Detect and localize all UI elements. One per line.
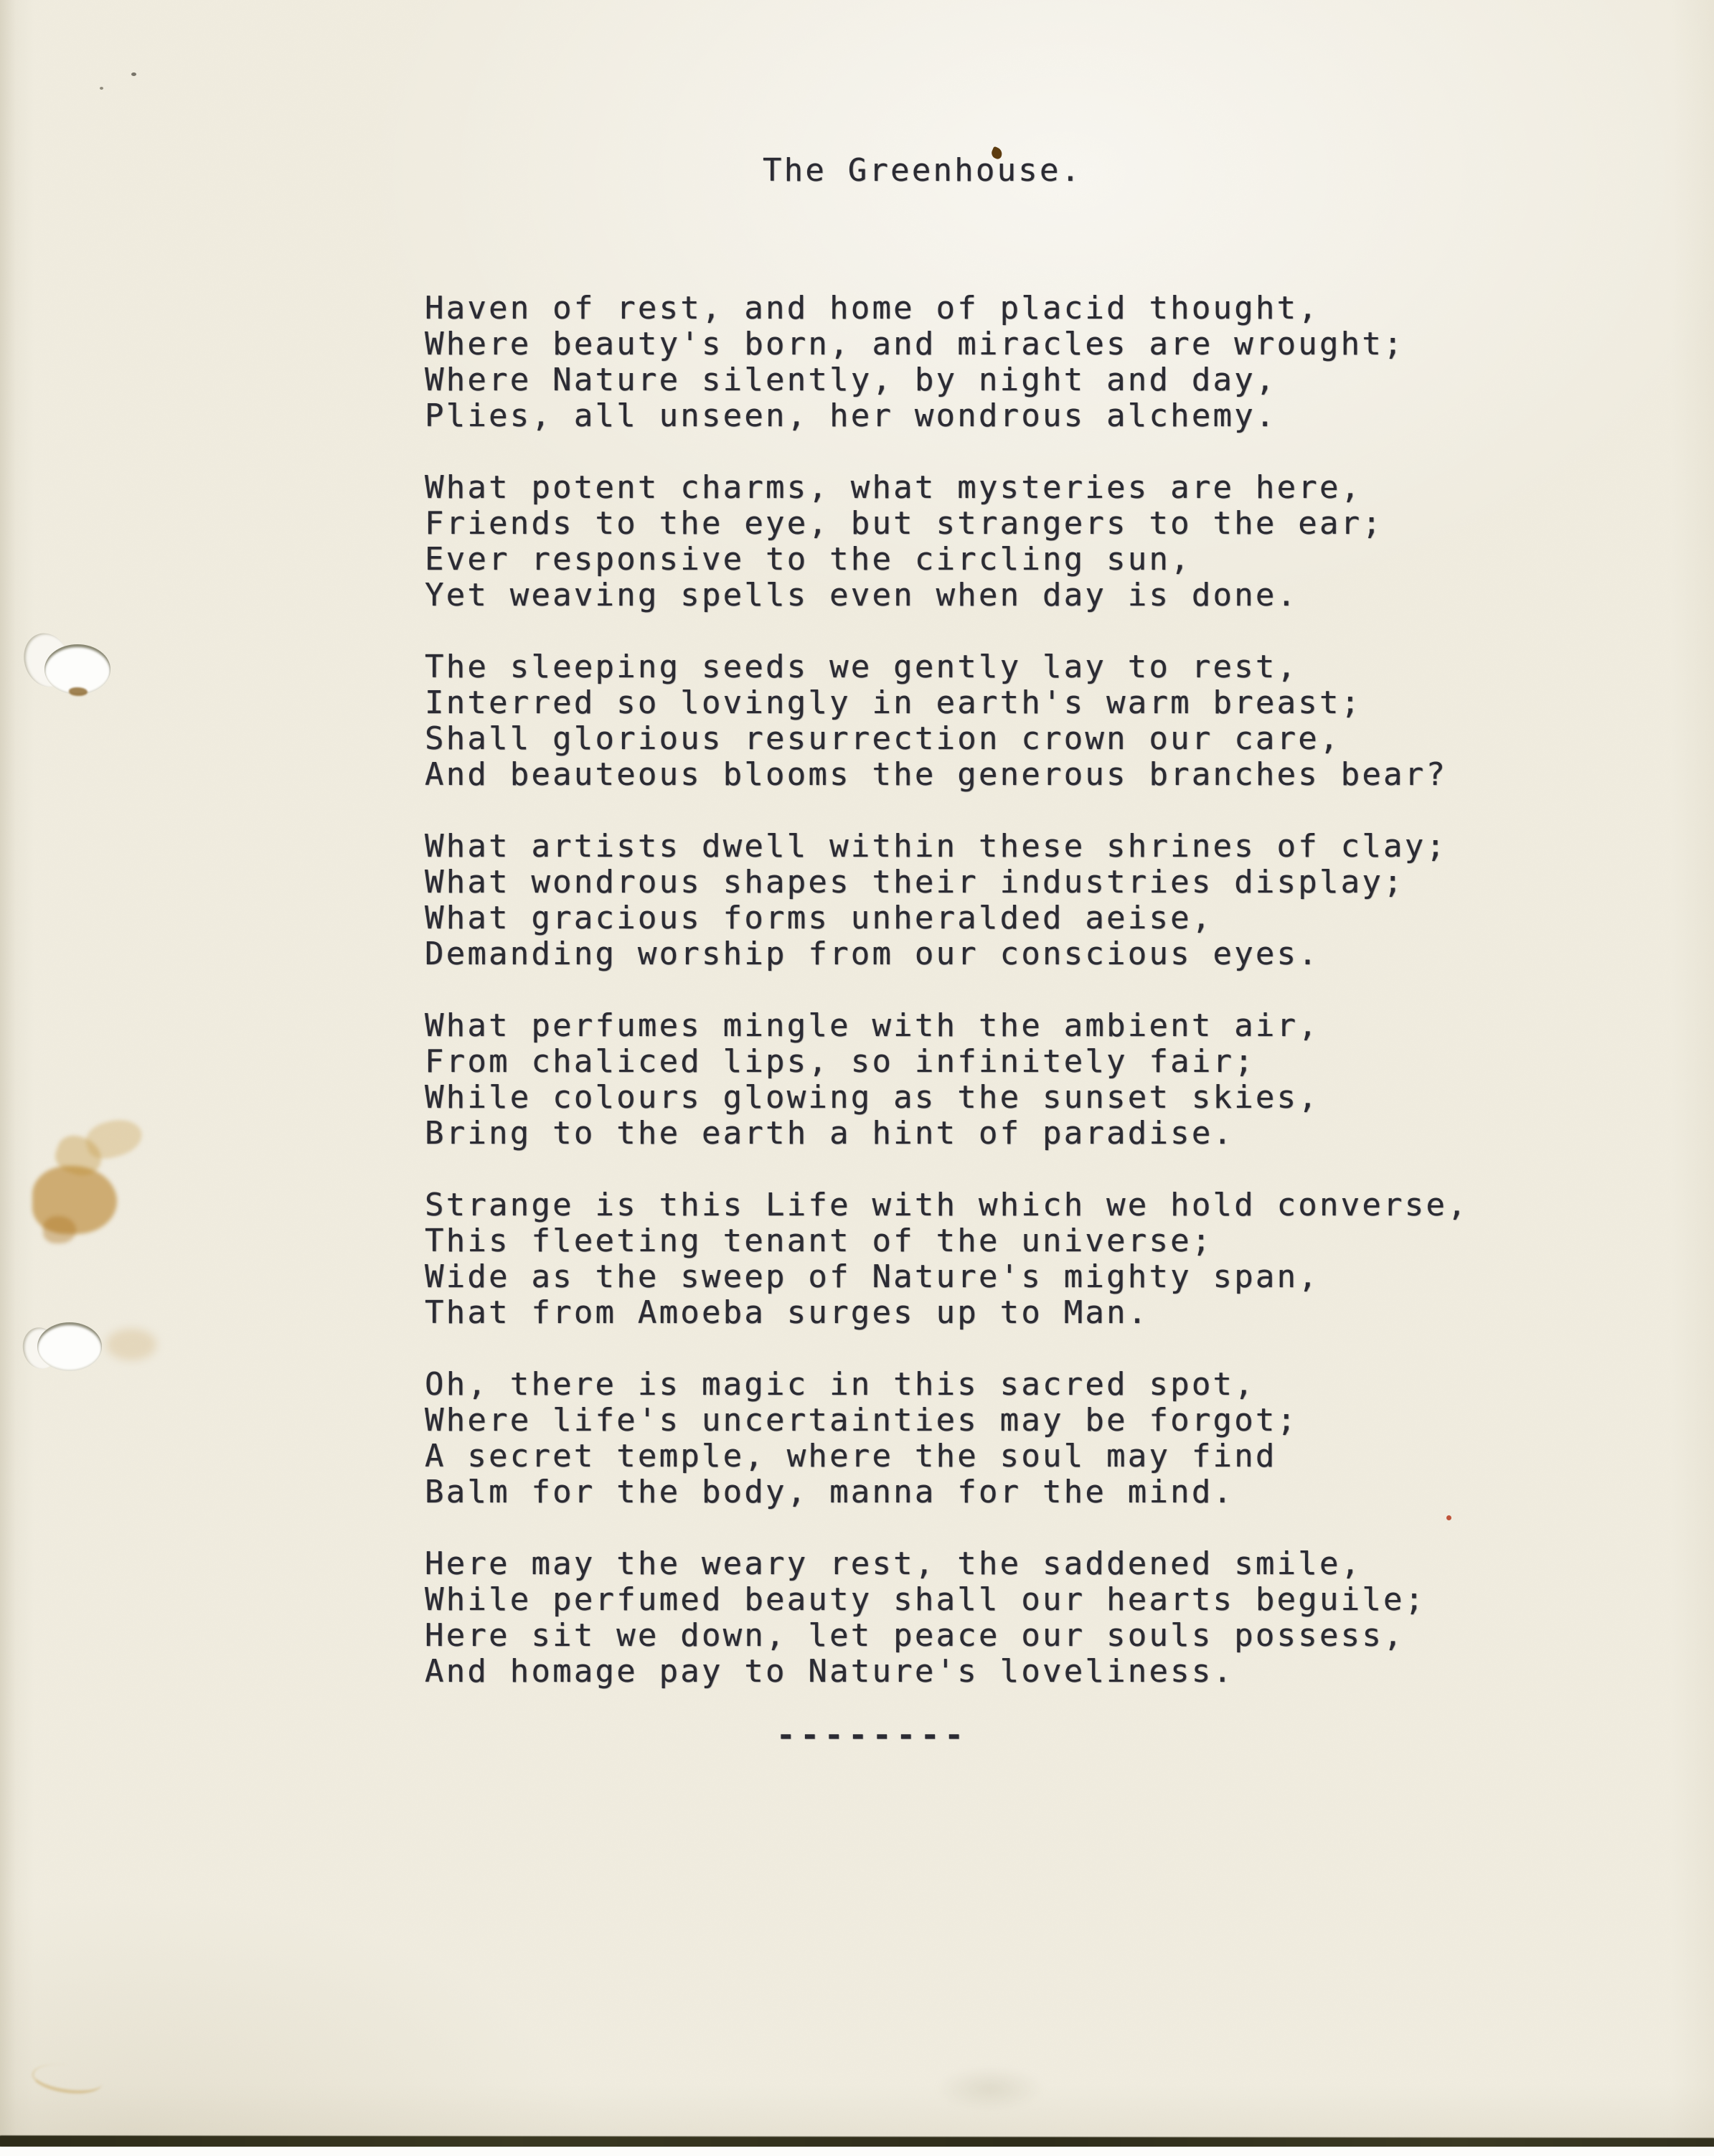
- poem-line: That from Amoeba surges up to Man.: [425, 1295, 1469, 1331]
- poem-line: This fleeting tenant of the universe;: [425, 1223, 1469, 1259]
- poem-line: Shall glorious resurrection crown our ca…: [425, 721, 1469, 757]
- poem-line: Yet weaving spells even when day is done…: [425, 578, 1469, 613]
- stanza: What artists dwell within these shrines …: [425, 829, 1469, 972]
- poem-line: What wondrous shapes their industries di…: [425, 865, 1469, 900]
- poem-line: While perfumed beauty shall our hearts b…: [425, 1582, 1469, 1618]
- poem-line: While colours glowing as the sunset skie…: [425, 1080, 1469, 1116]
- poem-line: Haven of rest, and home of placid though…: [425, 291, 1469, 326]
- stanza: Oh, there is magic in this sacred spot, …: [425, 1367, 1469, 1510]
- stanza: What perfumes mingle with the ambient ai…: [425, 1008, 1469, 1152]
- poem-line: From chaliced lips, so infinitely fair;: [425, 1044, 1469, 1080]
- poem-line: Bring to the earth a hint of paradise.: [425, 1116, 1469, 1152]
- poem-body: Haven of rest, and home of placid though…: [425, 291, 1469, 1726]
- scanner-background: [0, 2147, 1714, 2156]
- paper-sheet: The Greenhouse. Haven of rest, and home …: [0, 0, 1714, 2150]
- poem-line: What perfumes mingle with the ambient ai…: [425, 1008, 1469, 1044]
- punch-hole: [37, 1322, 102, 1371]
- poem-line: Interred so lovingly in earth's warm bre…: [425, 685, 1469, 721]
- poem-line: What artists dwell within these shrines …: [425, 829, 1469, 865]
- poem-line: Where life's uncertainties may be forgot…: [425, 1403, 1469, 1439]
- red-speck: [1446, 1515, 1451, 1520]
- poem-line: Demanding worship from our conscious eye…: [425, 936, 1469, 972]
- stanza: Here may the weary rest, the saddened sm…: [425, 1546, 1469, 1690]
- dust-speck: [131, 72, 136, 76]
- tan-smudge: [106, 1329, 156, 1360]
- paper-crease: [926, 2049, 1055, 2128]
- poem-line: Here sit we down, let peace our souls po…: [425, 1618, 1469, 1654]
- poem-title: The Greenhouse.: [763, 153, 1082, 188]
- poem-line: Where beauty's born, and miracles are wr…: [425, 326, 1469, 362]
- rust-fleck: [69, 687, 88, 696]
- poem-line: Balm for the body, manna for the mind.: [425, 1474, 1469, 1510]
- stanza: What potent charms, what mysteries are h…: [425, 470, 1469, 613]
- poem-line: Wide as the sweep of Nature's mighty spa…: [425, 1259, 1469, 1295]
- stanza: The sleeping seeds we gently lay to rest…: [425, 649, 1469, 793]
- poem-line: Friends to the eye, but strangers to the…: [425, 506, 1469, 542]
- poem-line: What gracious forms unheralded aeise,: [425, 900, 1469, 936]
- poem-line: And homage pay to Nature's loveliness.: [425, 1654, 1469, 1690]
- cup-ring-stain: [30, 2060, 104, 2097]
- poem-line: Strange is this Life with which we hold …: [425, 1187, 1469, 1223]
- stanza: Haven of rest, and home of placid though…: [425, 291, 1469, 434]
- divider-dashes: --------: [776, 1718, 969, 1753]
- poem-line: Plies, all unseen, her wondrous alchemy.: [425, 398, 1469, 434]
- poem-line: What potent charms, what mysteries are h…: [425, 470, 1469, 506]
- poem-line: Ever responsive to the circling sun,: [425, 542, 1469, 578]
- poem-line: A secret temple, where the soul may find: [425, 1439, 1469, 1474]
- poem-line: Where Nature silently, by night and day,: [425, 362, 1469, 398]
- rust-stain: [43, 1216, 76, 1243]
- dust-speck: [100, 87, 103, 90]
- poem-line: And beauteous blooms the generous branch…: [425, 757, 1469, 793]
- stanza: Strange is this Life with which we hold …: [425, 1187, 1469, 1331]
- poem-line: Here may the weary rest, the saddened sm…: [425, 1546, 1469, 1582]
- poem-line: The sleeping seeds we gently lay to rest…: [425, 649, 1469, 685]
- poem-line: Oh, there is magic in this sacred spot,: [425, 1367, 1469, 1403]
